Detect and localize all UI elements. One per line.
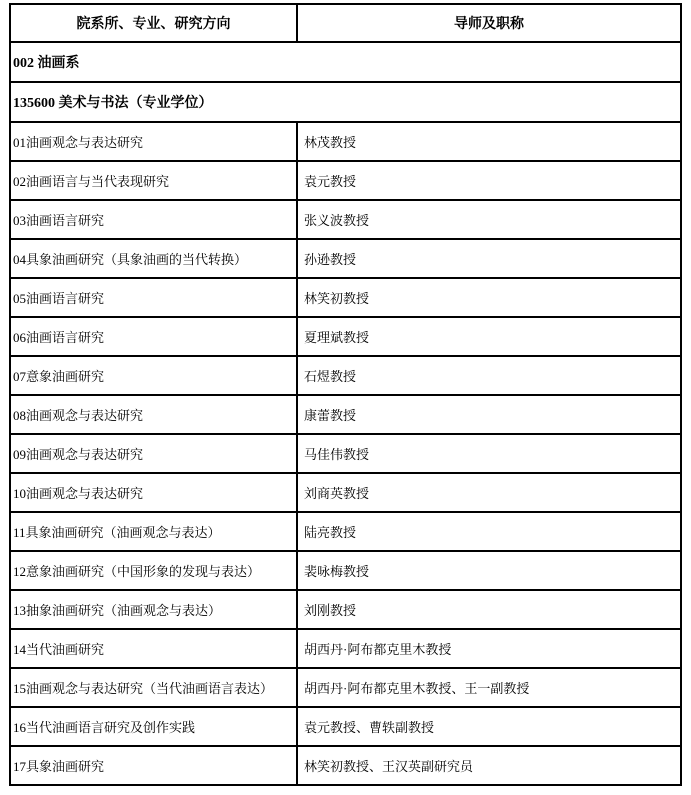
table-header-row: 院系所、专业、研究方向 导师及职称 [10,4,681,42]
section-label: 002 油画系 [10,42,681,82]
tutor-cell: 林笑初教授 [297,278,681,317]
section-row-major: 135600 美术与书法（专业学位） [10,82,681,122]
direction-cell: 08油画观念与表达研究 [10,395,297,434]
table-row: 14当代油画研究 胡西丹·阿布都克里木教授 [10,629,681,668]
tutor-cell: 夏理斌教授 [297,317,681,356]
direction-cell: 15油画观念与表达研究（当代油画语言表达） [10,668,297,707]
section-label: 135600 美术与书法（专业学位） [10,82,681,122]
table-row: 07意象油画研究 石煜教授 [10,356,681,395]
direction-cell: 05油画语言研究 [10,278,297,317]
tutor-cell: 袁元教授、曹轶副教授 [297,707,681,746]
table-row: 16当代油画语言研究及创作实践 袁元教授、曹轶副教授 [10,707,681,746]
table-row: 12意象油画研究（中国形象的发现与表达） 裴咏梅教授 [10,551,681,590]
table-row: 15油画观念与表达研究（当代油画语言表达） 胡西丹·阿布都克里木教授、王一副教授 [10,668,681,707]
section-row-department: 002 油画系 [10,42,681,82]
header-direction: 院系所、专业、研究方向 [10,4,297,42]
table-row: 05油画语言研究 林笑初教授 [10,278,681,317]
direction-cell: 09油画观念与表达研究 [10,434,297,473]
tutor-cell: 裴咏梅教授 [297,551,681,590]
tutor-cell: 胡西丹·阿布都克里木教授 [297,629,681,668]
table-row: 09油画观念与表达研究 马佳伟教授 [10,434,681,473]
tutor-cell: 袁元教授 [297,161,681,200]
direction-cell: 16当代油画语言研究及创作实践 [10,707,297,746]
table-row: 03油画语言研究 张义波教授 [10,200,681,239]
table-row: 02油画语言与当代表现研究 袁元教授 [10,161,681,200]
tutor-cell: 石煜教授 [297,356,681,395]
direction-cell: 03油画语言研究 [10,200,297,239]
tutor-cell: 陆亮教授 [297,512,681,551]
direction-cell: 07意象油画研究 [10,356,297,395]
table-row: 04具象油画研究（具象油画的当代转换） 孙逊教授 [10,239,681,278]
table-row: 01油画观念与表达研究 林茂教授 [10,122,681,161]
tutor-cell: 林笑初教授、王汉英副研究员 [297,746,681,785]
tutor-cell: 刘商英教授 [297,473,681,512]
header-tutor: 导师及职称 [297,4,681,42]
table-row: 10油画观念与表达研究 刘商英教授 [10,473,681,512]
direction-cell: 12意象油画研究（中国形象的发现与表达） [10,551,297,590]
tutor-cell: 孙逊教授 [297,239,681,278]
direction-cell: 02油画语言与当代表现研究 [10,161,297,200]
direction-cell: 10油画观念与表达研究 [10,473,297,512]
tutor-cell: 康蕾教授 [297,395,681,434]
direction-cell: 17具象油画研究 [10,746,297,785]
table-row: 17具象油画研究 林笑初教授、王汉英副研究员 [10,746,681,785]
admissions-table: 院系所、专业、研究方向 导师及职称 002 油画系 135600 美术与书法（专… [9,3,682,786]
table-row: 13抽象油画研究（油画观念与表达） 刘刚教授 [10,590,681,629]
direction-cell: 11具象油画研究（油画观念与表达） [10,512,297,551]
tutor-cell: 马佳伟教授 [297,434,681,473]
table-row: 06油画语言研究 夏理斌教授 [10,317,681,356]
direction-cell: 06油画语言研究 [10,317,297,356]
direction-cell: 13抽象油画研究（油画观念与表达） [10,590,297,629]
tutor-cell: 张义波教授 [297,200,681,239]
direction-cell: 04具象油画研究（具象油画的当代转换） [10,239,297,278]
tutor-cell: 刘刚教授 [297,590,681,629]
table-row: 11具象油画研究（油画观念与表达） 陆亮教授 [10,512,681,551]
direction-cell: 01油画观念与表达研究 [10,122,297,161]
tutor-cell: 胡西丹·阿布都克里木教授、王一副教授 [297,668,681,707]
tutor-cell: 林茂教授 [297,122,681,161]
direction-cell: 14当代油画研究 [10,629,297,668]
table-row: 08油画观念与表达研究 康蕾教授 [10,395,681,434]
